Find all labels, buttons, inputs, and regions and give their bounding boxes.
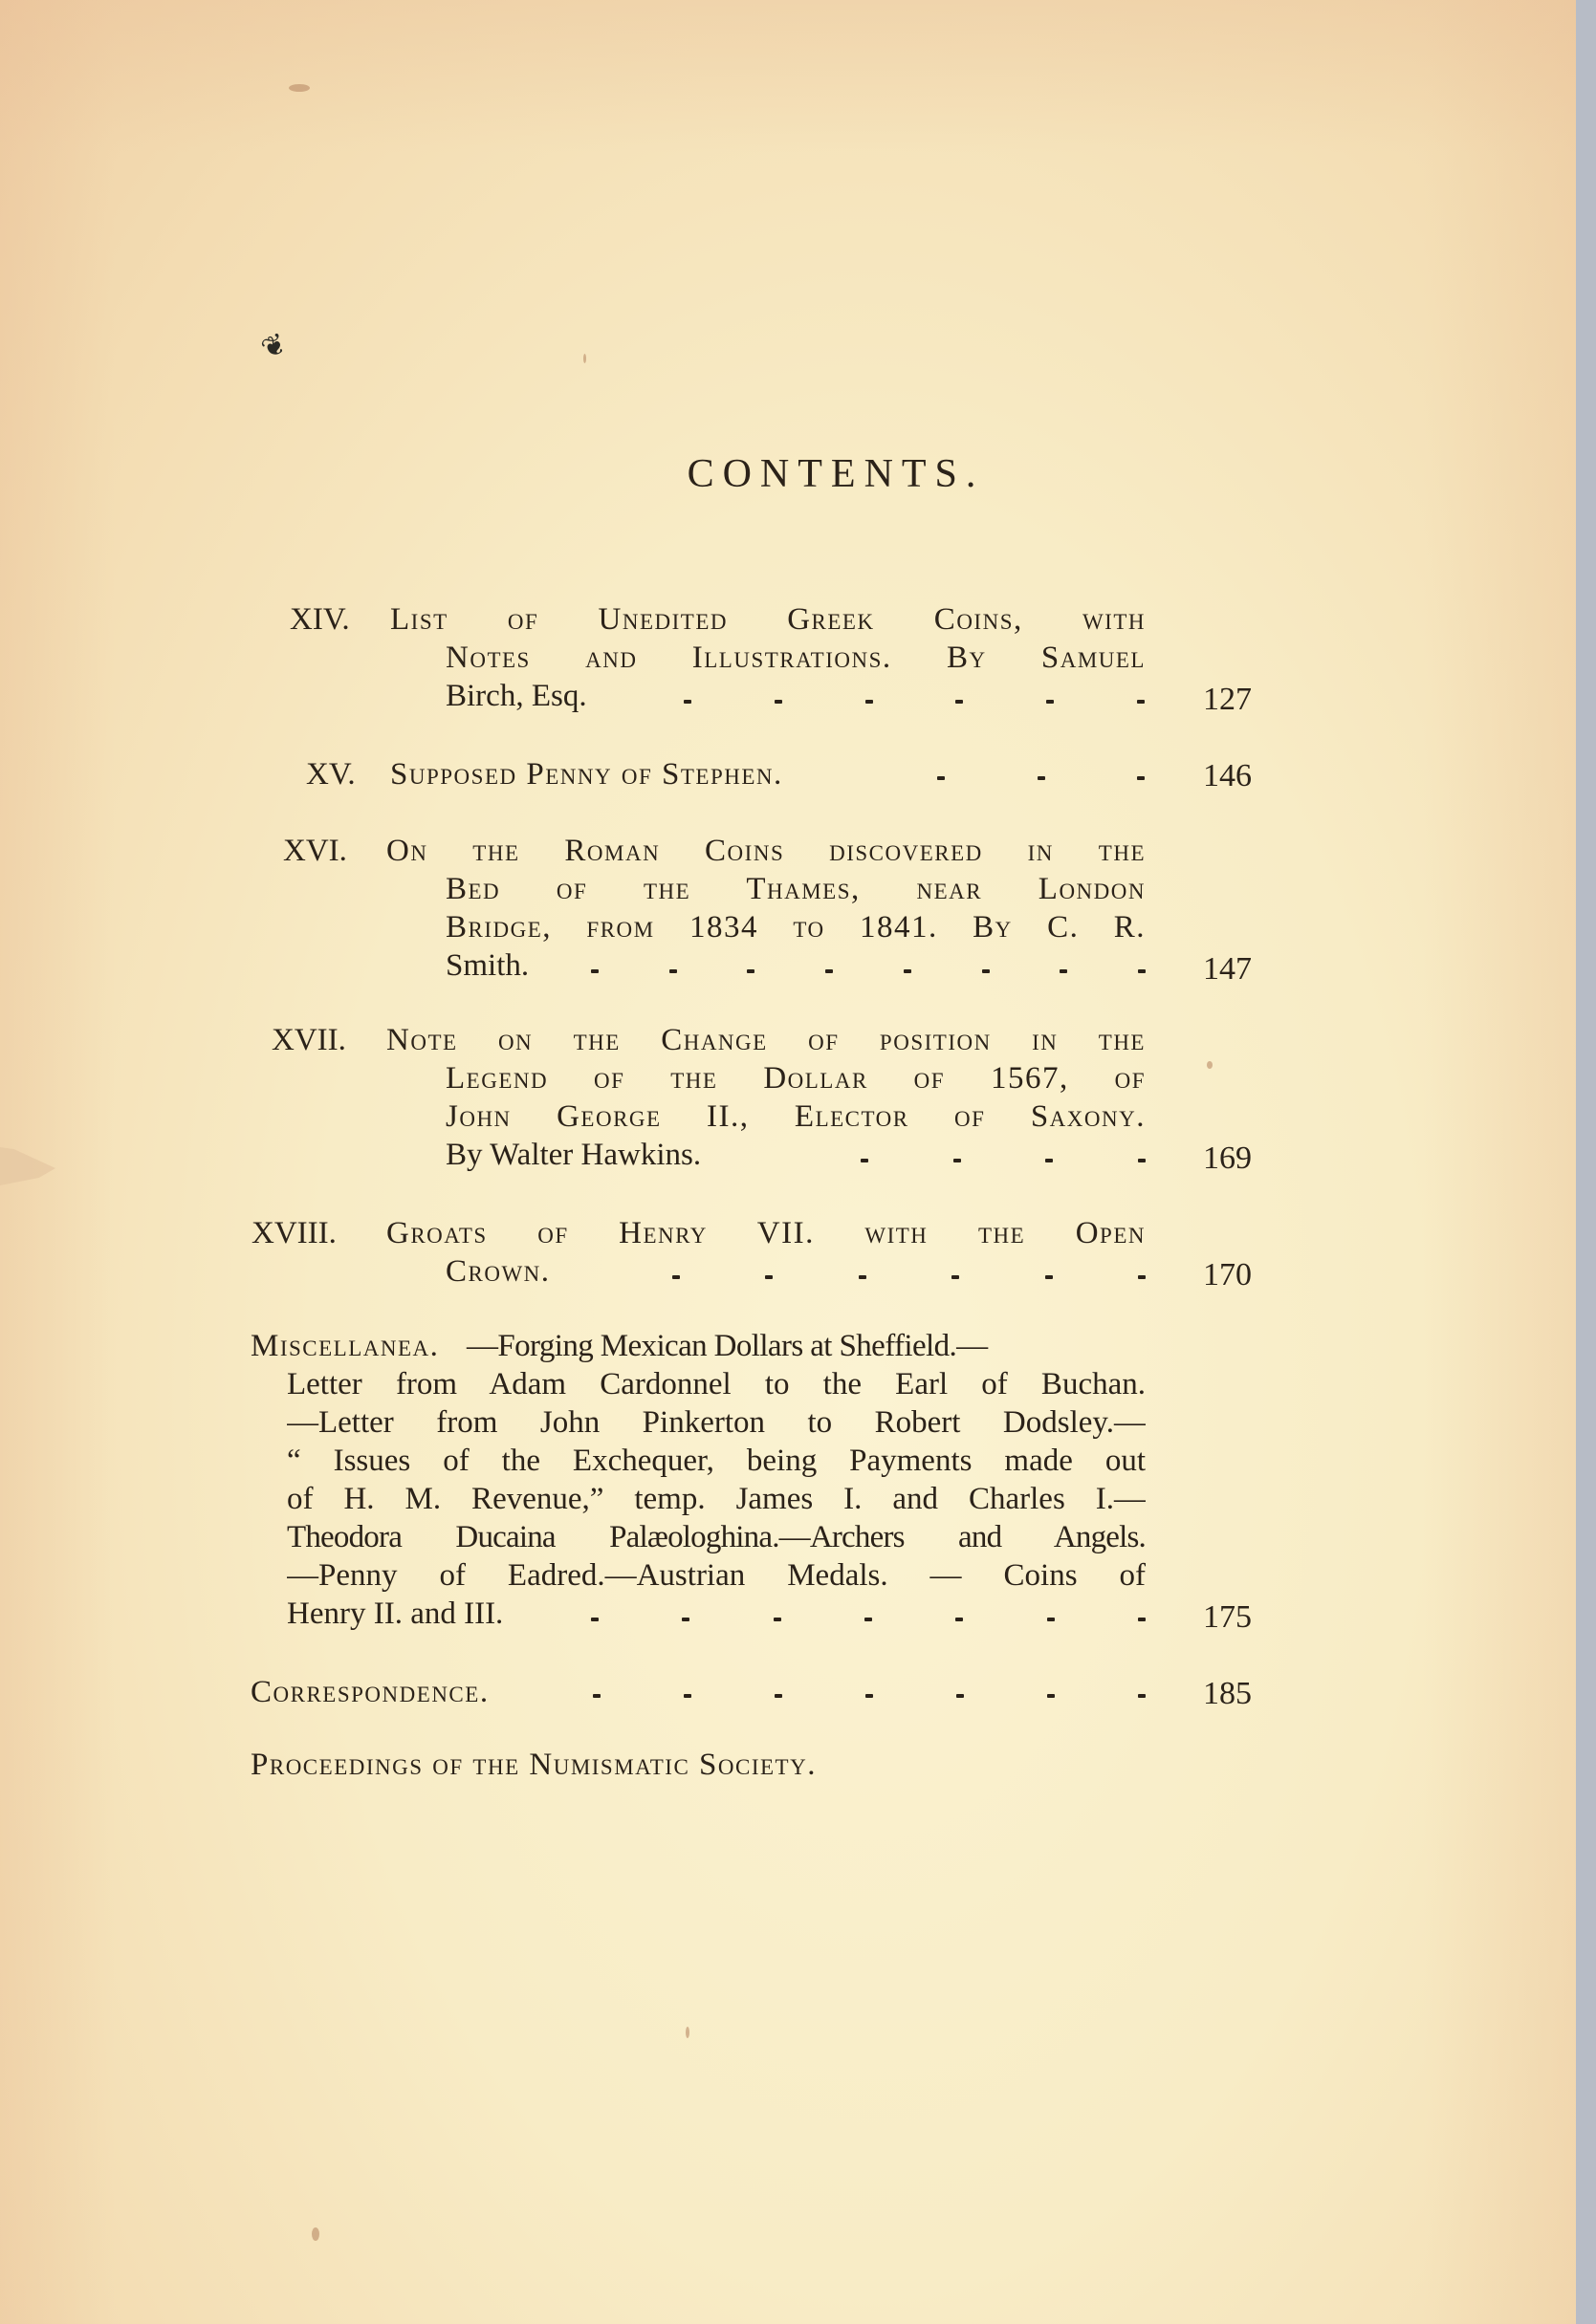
paper-stain [686,2027,689,2038]
miscellanea-line: “ Issues of the Exchequer, being Payment… [287,1442,1146,1480]
correspondence-label: Correspondence. [251,1673,490,1711]
miscellanea-line: —Penny of Eadred.—Austrian Medals. — Coi… [287,1556,1146,1595]
page-number: 146 [1203,757,1260,795]
paper-stain [583,354,586,363]
printer-ornament-icon: ❦ [256,323,299,366]
entry-title-line: On the Roman Coins discovered in the [386,832,1146,870]
entry-numeral: XVII. [272,1021,346,1059]
entry-numeral: XVI. [283,832,347,870]
entry-title-line: Notes and Illustrations. By Samuel [446,639,1146,677]
leader-dots [672,1256,1146,1294]
entry-title-line: Smith. [446,946,529,985]
page-number: 127 [1203,681,1260,719]
entry-title-line: Crown. [446,1252,551,1291]
entry-title-line: Legend of the Dollar of 1567, of [446,1059,1146,1097]
entry-numeral: XV. [306,755,356,793]
miscellanea-line: of H. M. Revenue,” temp. James I. and Ch… [287,1480,1146,1518]
page-tear [0,1147,55,1185]
leader-dots [591,950,1146,988]
miscellanea-line: Letter from Adam Cardonnel to the Earl o… [287,1365,1146,1403]
entry-title-line: Groats of Henry VII. with the Open [386,1214,1146,1252]
entry-title-line: Bridge, from 1834 to 1841. By C. R. [446,908,1146,946]
entry-numeral: XIV. [290,600,350,639]
miscellanea-line: —Forging Mexican Dollars at Sheffield.— [467,1327,988,1365]
page-number: 169 [1203,1140,1260,1178]
entry-title-line: Birch, Esq. [446,677,587,715]
entry-title-line: Note on the Change of position in the [386,1021,1146,1059]
page-number: 170 [1203,1256,1260,1294]
miscellanea-line: Theodora Ducaina Palæologhina.—Archers a… [287,1518,1146,1556]
leader-dots [591,1598,1146,1637]
miscellanea-line: —Letter from John Pinkerton to Robert Do… [287,1403,1146,1442]
leader-dots [861,1140,1146,1178]
entry-title-line: List of Unedited Greek Coins, with [390,600,1146,639]
entry-title-line: By Walter Hawkins. [446,1136,701,1174]
page-title: CONTENTS. [0,451,1576,497]
paper-stain [289,84,310,92]
book-page: ❦ CONTENTS. XIV. List of Unedited Greek … [0,0,1576,2324]
page-number: 185 [1203,1675,1260,1713]
paper-stain [312,2227,319,2241]
leader-dots [593,1675,1146,1713]
paper-stain [1207,1061,1213,1069]
entry-title-line: John George II., Elector of Saxony. [446,1097,1146,1136]
entry-title-line: Bed of the Thames, near London [446,870,1146,908]
proceedings-label: Proceedings of the Numismatic Society. [251,1746,817,1784]
entry-numeral: XVIII. [251,1214,337,1252]
miscellanea-label: Miscellanea. [251,1327,439,1365]
entry-title-line: Supposed Penny of Stephen. [390,755,783,793]
leader-dots [937,757,1145,795]
miscellanea-line: Henry II. and III. [287,1595,503,1633]
leader-dots [684,681,1145,719]
page-number: 147 [1203,950,1260,988]
page-number: 175 [1203,1598,1260,1637]
page-title-text: CONTENTS. [688,452,985,496]
